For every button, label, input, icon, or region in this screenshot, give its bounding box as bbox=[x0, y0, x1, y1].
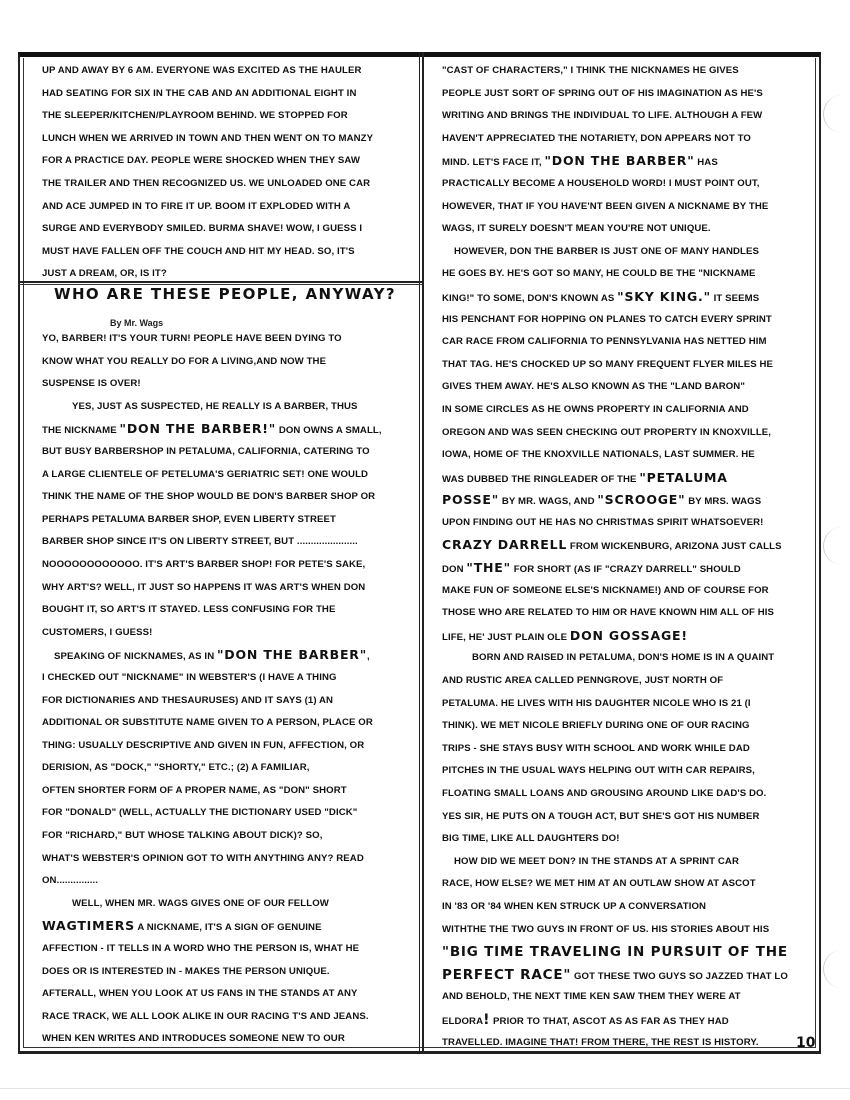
text-line: DERISION, AS "DOCK," "SHORTY," ETC.; (2)… bbox=[42, 757, 412, 780]
text-line: HOW DID WE MEET DON? IN THE STANDS AT A … bbox=[442, 851, 812, 874]
text-line: TRAVELLED. IMAGINE THAT! FROM THERE, THE… bbox=[442, 1032, 812, 1055]
text-line: THOSE WHO ARE RELATED TO HIM OR HAVE KNO… bbox=[442, 602, 812, 625]
text-line: IOWA, HOME OF THE KNOXVILLE NATIONALS, L… bbox=[442, 444, 812, 467]
text-line: WHAT'S WEBSTER'S OPINION GOT TO WITH ANY… bbox=[42, 848, 412, 871]
text-line: HAD SEATING FOR SIX IN THE CAB AND AN AD… bbox=[42, 83, 412, 106]
text-line: HOWEVER, DON THE BARBER IS JUST ONE OF M… bbox=[442, 241, 812, 264]
text-line: ADDITIONAL OR SUBSTITUTE NAME GIVEN TO A… bbox=[42, 712, 412, 735]
text-line: DON "THE" FOR SHORT (AS IF "CRAZY DARREL… bbox=[442, 557, 812, 580]
text-line: WELL, WHEN MR. WAGS GIVES ONE OF OUR FEL… bbox=[42, 893, 412, 916]
text-line: BARBER SHOP SINCE IT'S ON LIBERTY STREET… bbox=[42, 531, 412, 554]
text-line: IN '83 OR '84 WHEN KEN STRUCK UP A CONVE… bbox=[442, 896, 812, 919]
text-line: SUSPENSE IS OVER! bbox=[42, 373, 412, 396]
previous-story-continuation: UP AND AWAY BY 6 AM. EVERYONE WAS EXCITE… bbox=[42, 60, 412, 286]
text-line: BUT BUSY BARBERSHOP IN PETALUMA, CALIFOR… bbox=[42, 441, 412, 464]
text-line: YES SIR, HE PUTS ON A TOUGH ACT, BUT SHE… bbox=[442, 806, 812, 829]
text-line: THINK THE NAME OF THE SHOP WOULD BE DON'… bbox=[42, 486, 412, 509]
nickname-emphasis: "PETALUMA bbox=[639, 470, 727, 485]
text-line: AFFECTION - IT TELLS IN A WORD WHO THE P… bbox=[42, 938, 412, 961]
text-line: BORN AND RAISED IN PETALUMA, DON'S HOME … bbox=[442, 647, 812, 670]
text-line: UP AND AWAY BY 6 AM. EVERYONE WAS EXCITE… bbox=[42, 60, 412, 83]
punch-hole bbox=[823, 950, 850, 988]
text-line: AND ACE JUMPED IN TO FIRE IT UP. BOOM IT… bbox=[42, 196, 412, 219]
punch-hole bbox=[823, 527, 850, 565]
text-line: YES, JUST AS SUSPECTED, HE REALLY IS A B… bbox=[42, 396, 412, 419]
nickname-emphasis: CRAZY DARRELL bbox=[442, 537, 567, 552]
text-line: SURGE AND EVERYBODY SMILED. BURMA SHAVE!… bbox=[42, 218, 412, 241]
page-number: 10 bbox=[796, 1035, 815, 1051]
text-line: A LARGE CLIENTELE OF PETELUMA'S GERIATRI… bbox=[42, 464, 412, 487]
text-line: MUST HAVE FALLEN OFF THE COUCH AND HIT M… bbox=[42, 241, 412, 264]
text-line: WAGS, IT SURELY DOESN'T MEAN YOU'RE NOT … bbox=[442, 218, 812, 241]
punch-hole bbox=[823, 95, 850, 133]
text-line: FLOATING SMALL LOANS AND GROUSING AROUND… bbox=[442, 783, 812, 806]
nickname-emphasis: DON GOSSAGE! bbox=[570, 628, 688, 643]
text-line: PITCHES IN THE USUAL WAYS HELPING OUT WI… bbox=[442, 760, 812, 783]
text-line: TRIPS - SHE STAYS BUSY WITH SCHOOL AND W… bbox=[442, 738, 812, 761]
text-line: AND RUSTIC AREA CALLED PENNGROVE, JUST N… bbox=[442, 670, 812, 693]
nickname-emphasis: WAGTIMERS bbox=[42, 918, 135, 933]
text-line: ELDORA! PRIOR TO THAT, ASCOT AS AS FAR A… bbox=[442, 1009, 812, 1032]
nickname-emphasis: "SKY KING." bbox=[617, 289, 711, 304]
text-line: PRACTICALLY BECOME A HOUSEHOLD WORD! I M… bbox=[442, 173, 812, 196]
text-line: MAKE FUN OF SOMEONE ELSE'S NICKNAME!) AN… bbox=[442, 580, 812, 603]
article-byline: By Mr. Wags bbox=[110, 318, 163, 328]
text-line: AFTERALL, WHEN YOU LOOK AT US FANS IN TH… bbox=[42, 983, 412, 1006]
text-line: MIND. LET'S FACE IT, "DON THE BARBER" HA… bbox=[442, 150, 812, 173]
text-line: PEOPLE JUST SORT OF SPRING OUT OF HIS IM… bbox=[442, 83, 812, 106]
text-line: THE SLEEPER/KITCHEN/PLAYROOM BEHIND. WE … bbox=[42, 105, 412, 128]
text-line: DOES OR IS INTERESTED IN - MAKES THE PER… bbox=[42, 961, 412, 984]
text-line: RACE, HOW ELSE? WE MET HIM AT AN OUTLAW … bbox=[442, 873, 812, 896]
nickname-emphasis: "DON THE BARBER!" bbox=[120, 421, 277, 436]
text-line: HIS PENCHANT FOR HOPPING ON PLANES TO CA… bbox=[442, 309, 812, 332]
text-line: FOR DICTIONARIES AND THESAURUSES) AND IT… bbox=[42, 690, 412, 713]
text-line: AND BEHOLD, THE NEXT TIME KEN SAW THEM T… bbox=[442, 986, 812, 1009]
text-line: WRITING AND BRINGS THE INDIVIDUAL TO LIF… bbox=[442, 105, 812, 128]
text-line: POSSE" BY MR. WAGS, AND "SCROOGE" BY MRS… bbox=[442, 489, 812, 512]
text-line: BOUGHT IT, SO ART'S IT STAYED. LESS CONF… bbox=[42, 599, 412, 622]
nickname-emphasis: PERFECT RACE" bbox=[442, 967, 571, 983]
article-column-left: YO, BARBER! IT'S YOUR TURN! PEOPLE HAVE … bbox=[42, 328, 412, 1051]
text-line: WAS DUBBED THE RINGLEADER OF THE "PETALU… bbox=[442, 467, 812, 490]
text-line: GIVES THEM AWAY. HE'S ALSO KNOWN AS THE … bbox=[442, 376, 812, 399]
nickname-emphasis: "DON THE BARBER" bbox=[217, 647, 367, 662]
text-line: PERFECT RACE" GOT THESE TWO GUYS SO JAZZ… bbox=[442, 964, 812, 987]
text-line: I CHECKED OUT "NICKNAME" IN WEBSTER'S (I… bbox=[42, 667, 412, 690]
text-line: PETALUMA. HE LIVES WITH HIS DAUGHTER NIC… bbox=[442, 693, 812, 716]
text-line: WHY ART'S? WELL, IT JUST SO HAPPENS IT W… bbox=[42, 577, 412, 600]
column-divider bbox=[419, 52, 424, 1054]
text-line: NOOOOOOOOOOOO. IT'S ART'S BARBER SHOP! F… bbox=[42, 554, 412, 577]
text-line: HE GOES BY. HE'S GOT SO MANY, HE COULD B… bbox=[442, 263, 812, 286]
nickname-emphasis: "THE" bbox=[466, 560, 511, 575]
text-line: RACE TRACK, WE ALL LOOK ALIKE IN OUR RAC… bbox=[42, 1006, 412, 1029]
text-line: HOWEVER, THAT IF YOU HAVE'NT BEEN GIVEN … bbox=[442, 196, 812, 219]
text-line: "CAST OF CHARACTERS," I THINK THE NICKNA… bbox=[442, 60, 812, 83]
text-line: OREGON AND WAS SEEN CHECKING OUT PROPERT… bbox=[442, 422, 812, 445]
text-line: THING: USUALLY DESCRIPTIVE AND GIVEN IN … bbox=[42, 735, 412, 758]
text-line: JUST A DREAM, OR, IS IT? bbox=[42, 263, 412, 286]
text-line: CRAZY DARRELL FROM WICKENBURG, ARIZONA J… bbox=[442, 534, 812, 557]
text-line: THINK). WE MET NICOLE BRIEFLY DURING ONE… bbox=[442, 715, 812, 738]
text-line: THAT TAG. HE'S CHOCKED UP SO MANY FREQUE… bbox=[442, 354, 812, 377]
text-line: SPEAKING OF NICKNAMES, AS IN "DON THE BA… bbox=[42, 644, 412, 667]
nickname-emphasis: "DON THE BARBER" bbox=[544, 153, 694, 168]
text-line: FOR "DONALD" (WELL, ACTUALLY THE DICTION… bbox=[42, 802, 412, 825]
article-column-right: "CAST OF CHARACTERS," I THINK THE NICKNA… bbox=[442, 60, 812, 1054]
nickname-emphasis: "BIG TIME TRAVELING IN PURSUIT OF THE bbox=[442, 941, 812, 964]
text-line: CUSTOMERS, I GUESS! bbox=[42, 622, 412, 645]
text-line: WAGTIMERS A NICKNAME, IT'S A SIGN OF GEN… bbox=[42, 915, 412, 938]
article-headline: WHO ARE THESE PEOPLE, ANYWAY? bbox=[54, 285, 396, 303]
text-line: OFTEN SHORTER FORM OF A PROPER NAME, AS … bbox=[42, 780, 412, 803]
text-line: HAVEN'T APPRECIATED THE NOTARIETY, DON A… bbox=[442, 128, 812, 151]
text-line: WITHTHE THE TWO GUYS IN FRONT OF US. HIS… bbox=[442, 919, 812, 942]
text-line: LUNCH WHEN WE ARRIVED IN TOWN AND THEN W… bbox=[42, 128, 412, 151]
text-line: BIG TIME, LIKE ALL DAUGHTERS DO! bbox=[442, 828, 812, 851]
text-line: LIFE, HE' JUST PLAIN OLE DON GOSSAGE! bbox=[442, 625, 812, 648]
text-line: ON............... bbox=[42, 870, 412, 893]
text-line: FOR "RICHARD," BUT WHOSE TALKING ABOUT D… bbox=[42, 825, 412, 848]
nickname-emphasis: POSSE" bbox=[442, 492, 499, 507]
scan-edge bbox=[0, 1088, 850, 1089]
nickname-emphasis: "SCROOGE" bbox=[597, 492, 685, 507]
text-line: KING!" TO SOME, DON'S KNOWN AS "SKY KING… bbox=[442, 286, 812, 309]
text-line: UPON FINDING OUT HE HAS NO CHRISTMAS SPI… bbox=[442, 512, 812, 535]
text-line: THE NICKNAME "DON THE BARBER!" DON OWNS … bbox=[42, 418, 412, 441]
text-line: PERHAPS PETALUMA BARBER SHOP, EVEN LIBER… bbox=[42, 509, 412, 532]
text-line: WHEN KEN WRITES AND INTRODUCES SOMEONE N… bbox=[42, 1028, 412, 1051]
text-line: YO, BARBER! IT'S YOUR TURN! PEOPLE HAVE … bbox=[42, 328, 412, 351]
text-line: CAR RACE FROM CALIFORNIA TO PENNSYLVANIA… bbox=[442, 331, 812, 354]
text-line: THE TRAILER AND THEN RECOGNIZED US. WE U… bbox=[42, 173, 412, 196]
text-line: FOR A PRACTICE DAY. PEOPLE WERE SHOCKED … bbox=[42, 150, 412, 173]
text-line: KNOW WHAT YOU REALLY DO FOR A LIVING,AND… bbox=[42, 351, 412, 374]
text-line: IN SOME CIRCLES AS HE OWNS PROPERTY IN C… bbox=[442, 399, 812, 422]
